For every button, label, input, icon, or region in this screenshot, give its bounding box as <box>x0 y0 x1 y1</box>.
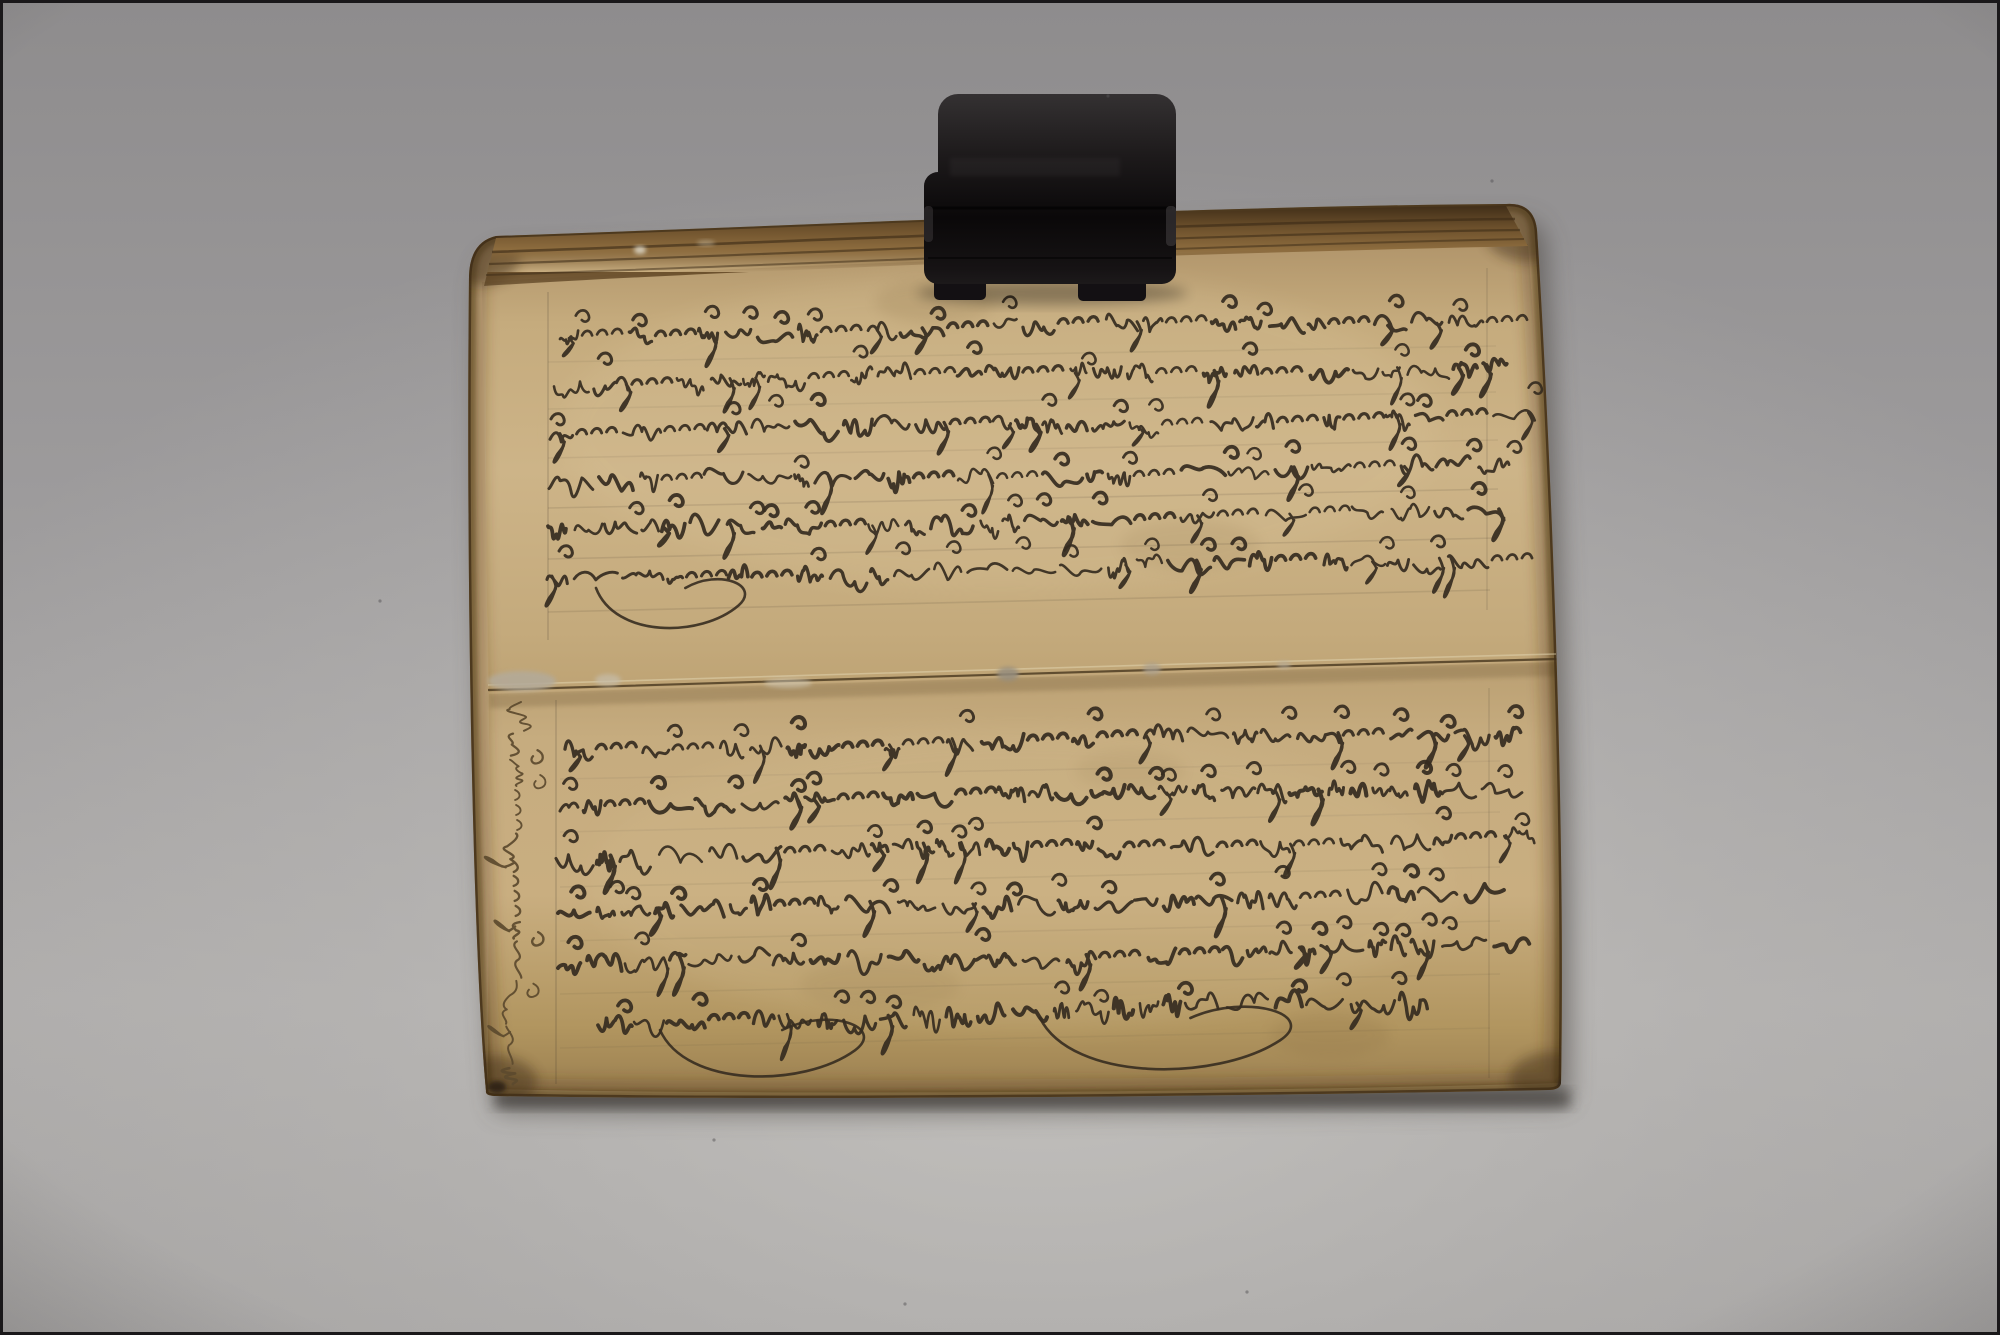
manuscript-photo <box>0 0 2000 1335</box>
photo-vignette <box>0 0 2000 1335</box>
photo-canvas <box>0 0 2000 1335</box>
